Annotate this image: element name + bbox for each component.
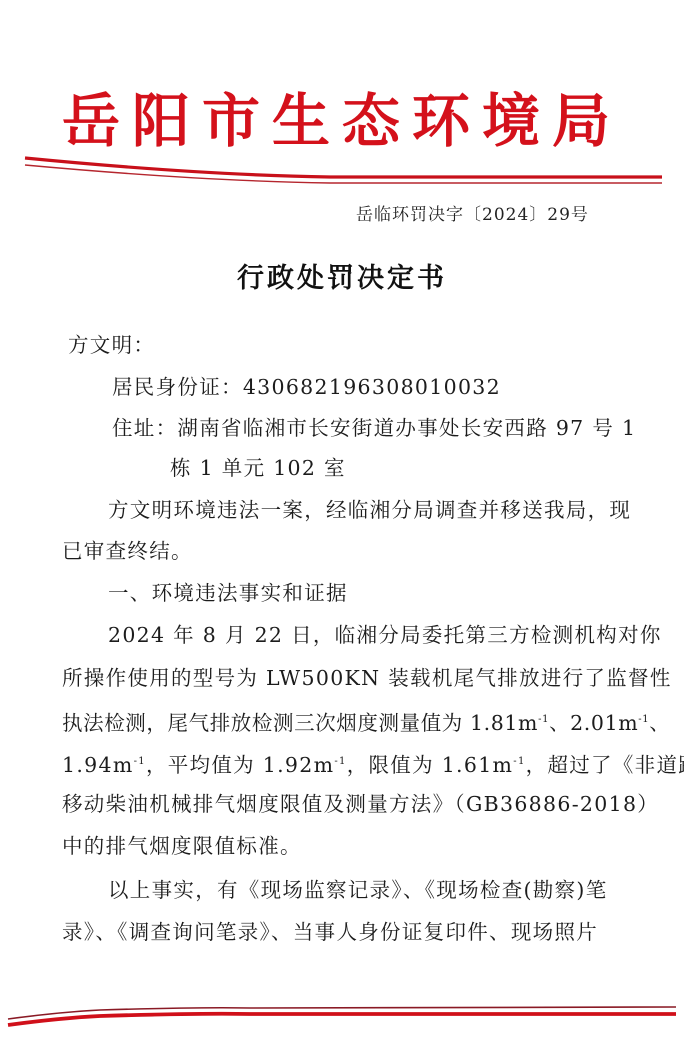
facts-line-4: 1.94m-1，平均值为 1.92m-1，限值为 1.61m-1，超过了《非道路 — [62, 747, 684, 780]
measurement-3-text: 1.94m — [62, 753, 134, 777]
facts-line-5: 移动柴油机械排气烟度限值及测量方法》（GB36886-2018） — [62, 789, 659, 819]
address-label: 住址： — [112, 416, 177, 440]
header-double-rule — [0, 150, 684, 190]
limit-text: ，限值为 1.61m — [347, 753, 514, 777]
facts-line-2: 所操作使用的型号为 LW500KN 装载机尾气排放进行了监督性 — [62, 663, 672, 693]
footer-double-rule — [0, 995, 684, 1030]
address-value-line2: 栋 1 单元 102 室 — [170, 453, 346, 483]
party-address-row: 住址：湖南省临湘市长安街道办事处长安西路 97 号 1 — [112, 413, 636, 443]
section-heading-facts: 一、环境违法事实和证据 — [108, 578, 348, 608]
unit-superscript: -1 — [513, 756, 525, 767]
evidence-line-1: 以上事实，有《现场监察记录》、《现场检查(勘察)笔 — [108, 875, 608, 905]
organization-masthead: 岳阳市生态环境局 — [40, 86, 644, 156]
measurement-2-text: 、2.01m — [549, 711, 638, 735]
intro-line-2: 已审查终结。 — [62, 536, 193, 566]
measurement-1-text: 执法检测，尾气排放检测三次烟度测量值为 1.81m — [62, 711, 538, 735]
facts-line-1: 2024 年 8 月 22 日，临湘分局委托第三方检测机构对你 — [108, 620, 662, 650]
facts-line-3: 执法检测，尾气排放检测三次烟度测量值为 1.81m-1、2.01m-1、 — [62, 705, 670, 738]
unit-superscript: -1 — [538, 714, 549, 725]
unit-superscript: -1 — [334, 756, 346, 767]
standard-ref-start: ，超过了《非道路 — [526, 753, 684, 777]
facts-line-6: 中的排气烟度限值标准。 — [62, 831, 302, 861]
unit-superscript: -1 — [638, 714, 649, 725]
separator: 、 — [649, 711, 670, 735]
evidence-line-2: 录》、《调查询问笔录》、当事人身份证复印件、现场照片 — [62, 917, 598, 947]
average-text: ，平均值为 1.92m — [146, 753, 334, 777]
address-value-line1: 湖南省临湘市长安街道办事处长安西路 97 号 1 — [177, 416, 636, 440]
intro-line-1: 方文明环境违法一案，经临湘分局调查并移送我局，现 — [108, 495, 631, 525]
unit-superscript: -1 — [134, 756, 146, 767]
party-id-row: 居民身份证：430682196308010032 — [112, 372, 501, 402]
document-title: 行政处罚决定书 — [0, 256, 684, 295]
document-number: 岳临环罚决字〔2024〕29号 — [356, 200, 589, 225]
id-value: 430682196308010032 — [243, 375, 501, 399]
party-name: 方文明： — [68, 330, 155, 360]
id-label: 居民身份证： — [112, 375, 243, 399]
